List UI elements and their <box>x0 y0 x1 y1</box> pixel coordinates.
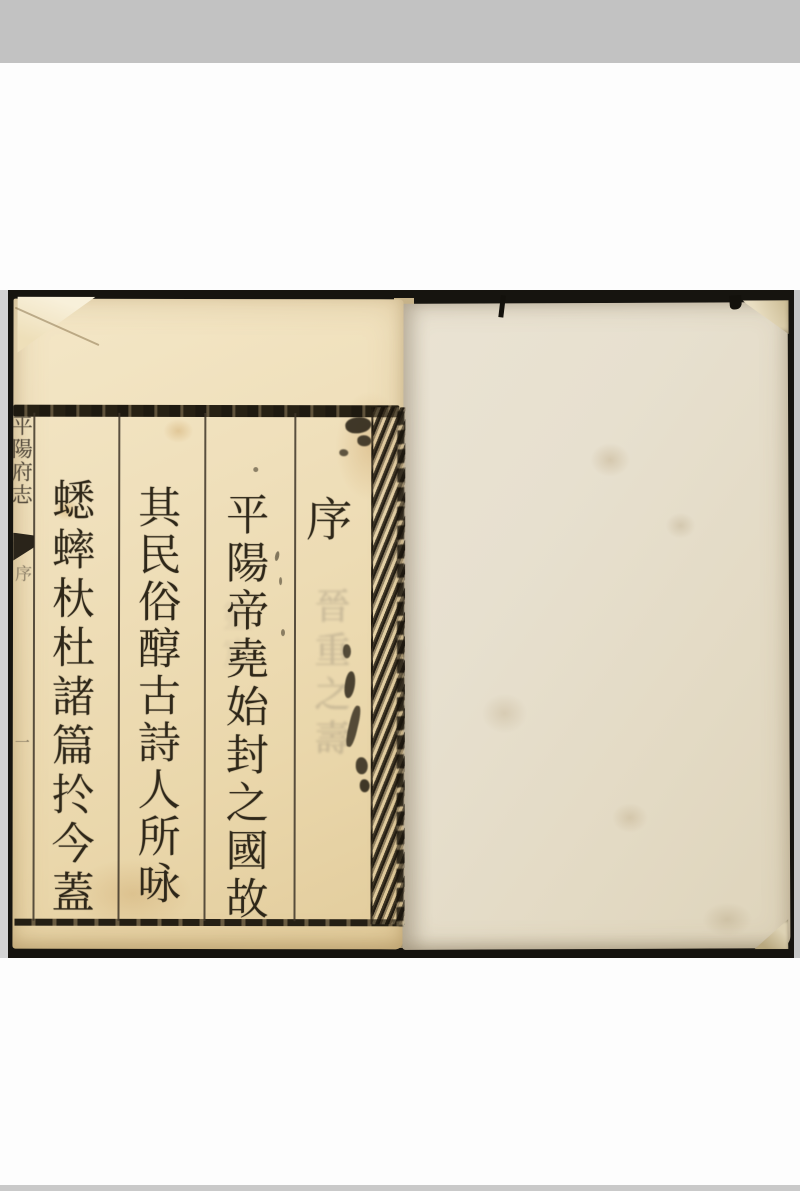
column-divider <box>293 413 296 921</box>
right-edge-strip <box>794 290 800 958</box>
text-column-3: 其民俗醇古詩人所咏 <box>134 485 187 912</box>
ink-speck <box>279 577 282 585</box>
ink-speck <box>281 629 285 636</box>
ink-blot <box>360 779 370 792</box>
right-blank-page <box>400 302 791 950</box>
column-divider <box>203 413 206 921</box>
column-divider <box>117 413 120 921</box>
spine-book-title: 平陽府志 <box>10 415 36 515</box>
ink-blot <box>357 435 371 446</box>
spine-page-number: 一 <box>15 735 33 753</box>
paper-stain <box>481 693 527 733</box>
ink-blot <box>339 449 348 456</box>
paper-stain <box>666 513 696 539</box>
ink-blot <box>356 757 368 774</box>
frame-bottom-border <box>14 919 402 927</box>
fishtail-marker-icon <box>13 533 34 561</box>
bottom-gray-band <box>0 1185 800 1191</box>
left-edge-strip <box>0 290 8 958</box>
page-corner-curl-bottom-right <box>754 919 788 949</box>
page-corner-curl-top-right <box>743 300 789 334</box>
ink-speck <box>253 467 258 472</box>
text-column-4: 蟋蟀杕杜諸篇扵今蓋 <box>48 478 101 918</box>
page-edge-notch <box>729 295 742 310</box>
paper-stain <box>702 902 752 936</box>
ink-blot <box>343 644 351 658</box>
paper-stain <box>612 803 648 833</box>
left-printed-page: 晉重之壽 靈賔 序 平陽帝堯始封之國故 其民俗醇古詩人所咏 蟋蟀杕杜諸篇扵今蓋 … <box>12 299 403 950</box>
page-edge-notch <box>498 295 506 317</box>
paper-stain <box>590 443 630 477</box>
text-column-2: 平陽帝堯始封之國故 <box>222 492 275 920</box>
scanned-book-page: 晉重之壽 靈賔 序 平陽帝堯始封之國故 其民俗醇古詩人所咏 蟋蟀杕杜諸篇扵今蓋 … <box>0 0 800 1191</box>
ink-speck <box>274 551 280 562</box>
spine-section-label: 序 <box>14 565 34 589</box>
frame-right-outer-streak <box>396 411 404 926</box>
paper-stain <box>163 419 193 443</box>
top-gray-band <box>0 0 800 63</box>
text-column-preface-title: 序 <box>307 495 359 555</box>
book-photograph: 晉重之壽 靈賔 序 平陽帝堯始封之國故 其民俗醇古詩人所咏 蟋蟀杕杜諸篇扵今蓋 … <box>8 290 794 958</box>
